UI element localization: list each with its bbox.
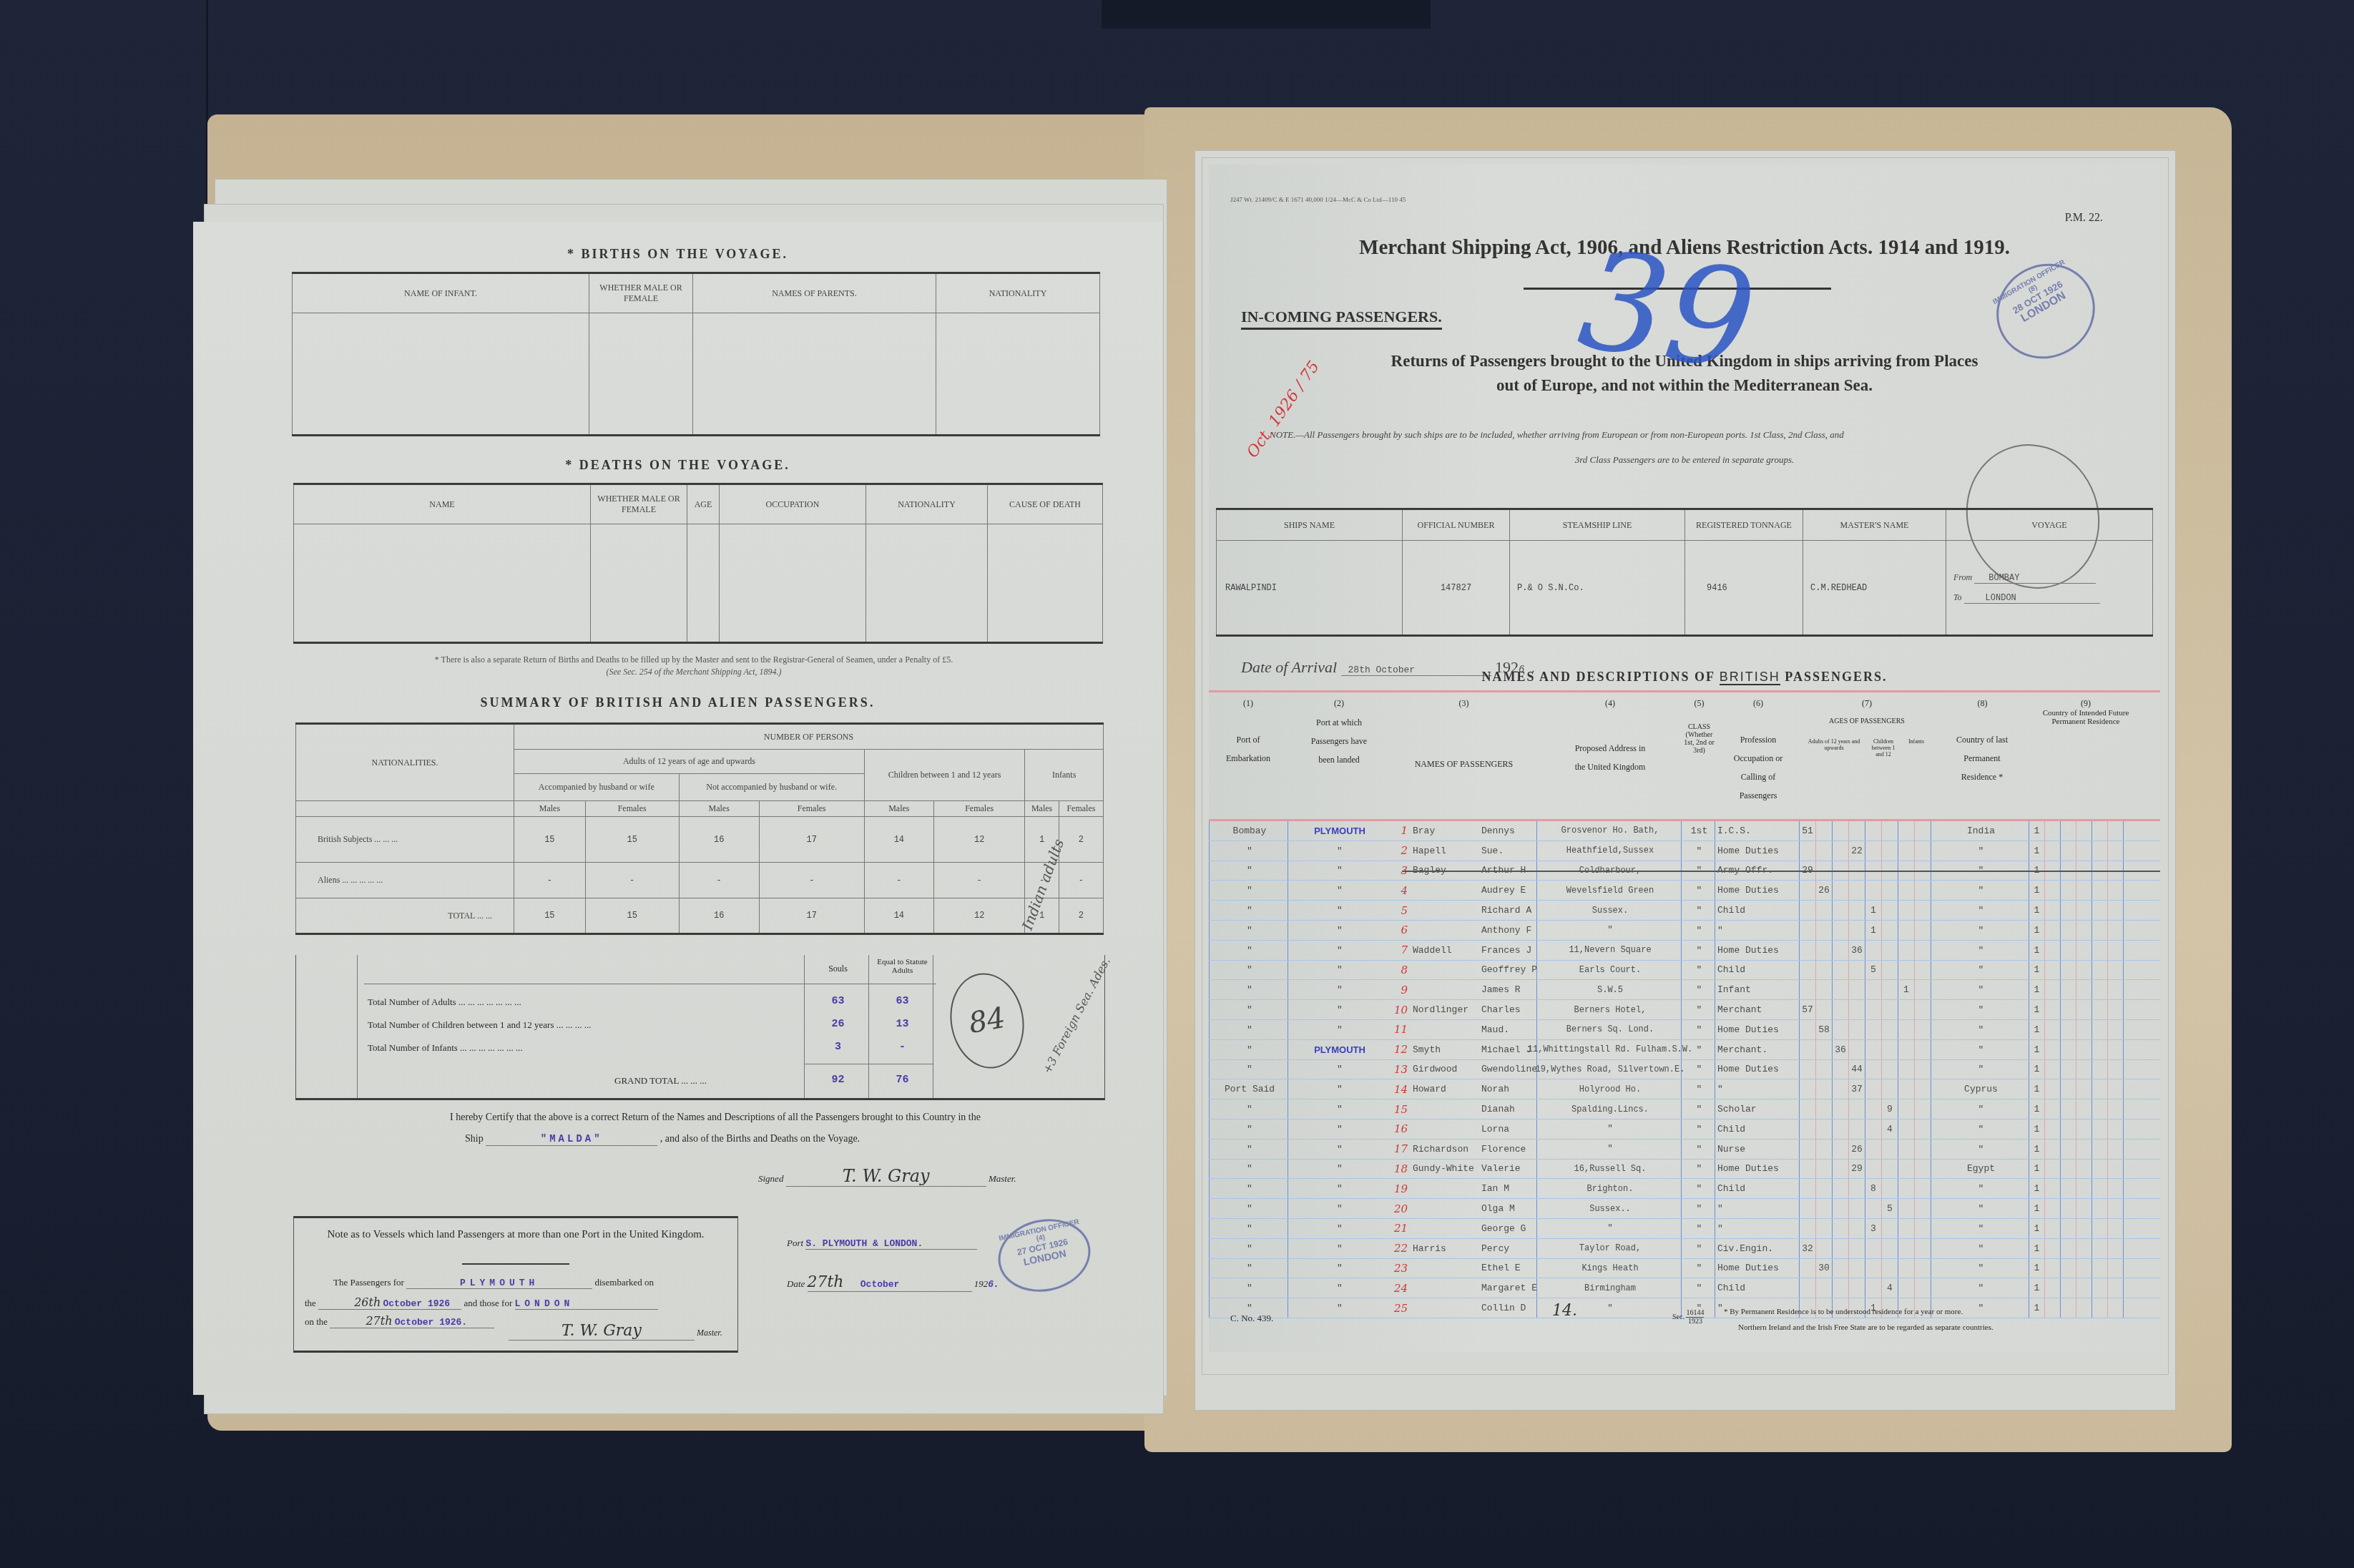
note-line-3: on the 27th October 1926. [305,1314,494,1328]
age-cell [1914,1140,1931,1159]
age-cell: 30 [1815,1259,1832,1278]
summary-sub-females: Females [585,801,679,817]
future-residence-cell [2060,1298,2076,1318]
births-col-nationality: NATIONALITY [936,273,1100,313]
landing-port: " [1288,1219,1389,1238]
future-residence-cell [2076,921,2091,940]
age-cell [1898,1278,1914,1298]
future-residence-cell [2076,821,2091,841]
age-cell: 36 [1832,1040,1848,1059]
given-name: Dennys [1479,821,1536,841]
future-residence-cell [2123,1239,2139,1258]
handwritten-footer-count: 14. [1552,1302,1577,1320]
passenger-row: ""19Ian MBrighton."Child8"1 [1209,1179,2160,1199]
future-residence-cell: 1 [2029,921,2044,940]
last-residence: " [1931,1239,2029,1258]
future-residence-cell [2060,1278,2076,1298]
deaths-cell [866,524,988,643]
totals-infants-statute: - [872,1041,933,1053]
births-cell [589,313,693,436]
occupation: " [1715,921,1799,940]
future-residence-cell: 1 [2029,1040,2044,1059]
future-residence-cell [2044,921,2060,940]
summary-sub-females: Females [933,801,1024,817]
left-page: * BIRTHS ON THE VOYAGE. NAME OF INFANT. … [193,222,1162,1395]
future-residence-cell [2044,1099,2060,1119]
embarkation-port: " [1209,1000,1288,1019]
age-cell [1865,1060,1881,1079]
future-residence-cell [2044,1040,2060,1059]
col4-header: (4)Proposed Address in the United Kingdo… [1539,698,1682,776]
age-cell [1832,961,1848,980]
age-cell [1914,1119,1931,1139]
note-line-1: The Passengers for PLYMOUTH disembarked … [333,1277,654,1289]
given-name: Charles [1479,1000,1536,1019]
summary-row-label: TOTAL ... ... [296,898,514,934]
proposed-address: Kings Heath [1536,1259,1681,1278]
proposed-address: " [1536,1140,1681,1159]
backdrop-clip [1102,0,1431,29]
date-year-suffix: 6. [988,1279,999,1290]
age-cell [1815,1060,1832,1079]
col1-header: (1)Port of Embarkation [1209,698,1288,768]
age-cell [1914,1020,1931,1039]
totals-children-label: Total Number of Children between 1 and 1… [368,1019,591,1031]
col7-subheaders: Adults of 12 years and upwards Children … [1801,738,1933,758]
passenger-row: ""5Richard ASussex."Child1"1 [1209,901,2160,921]
age-cell [1848,980,1865,999]
future-residence-cell [2123,1199,2139,1218]
landing-port: " [1288,961,1389,980]
future-residence-cell: 1 [2029,1259,2044,1278]
given-name: Gwendoline [1479,1060,1536,1079]
landing-port: " [1288,1259,1389,1278]
future-residence-cell [2107,1040,2123,1059]
age-cell: 32 [1799,1239,1815,1258]
landing-port: " [1288,1278,1389,1298]
future-residence-cell: 1 [2029,1140,2044,1159]
occupation: Home Duties [1715,841,1799,861]
totals-block: Souls Equal to Statute Adults Total Numb… [295,955,1105,1100]
passenger-row: ""3BagleyArthur HColdharbour,"Army Offr.… [1209,861,2160,881]
summary-value: - [759,863,864,898]
passenger-row: ""23Ethel EKings Heath"Home Duties30"1 [1209,1259,2160,1279]
proposed-address: Grosvenor Ho. Bath, [1536,821,1681,841]
landing-port: " [1288,921,1389,940]
age-cell [1832,821,1848,841]
embarkation-port: " [1209,961,1288,980]
proposed-address: Sussex.. [1536,1199,1681,1218]
future-residence-cell [2060,1040,2076,1059]
age-cell [1815,961,1832,980]
future-residence-cell: 1 [2029,841,2044,861]
occupation: Home Duties [1715,1160,1799,1179]
future-residence-cell: 1 [2029,881,2044,900]
row-number: 15 [1389,1099,1411,1119]
age-cell [1914,980,1931,999]
age-cell [1914,901,1931,920]
age-cell [1865,1239,1881,1258]
age-cell [1799,1219,1815,1238]
landing-port: " [1288,1199,1389,1218]
given-name: Sue. [1479,841,1536,861]
form-id: P.M. 22. [2065,212,2103,225]
age-cell [1898,901,1914,920]
voyage-to-value: LONDON [1964,593,2100,604]
age-cell [1815,1079,1832,1099]
occupation: Home Duties [1715,1259,1799,1278]
proposed-address: Earls Court. [1536,961,1681,980]
future-residence-cell [2107,1160,2123,1179]
passenger-row: ""11Maud.Berners Sq. Lond."Home Duties58… [1209,1020,2160,1040]
age-cell [1914,1179,1931,1198]
age-cell: 57 [1799,1000,1815,1019]
summary-value: 15 [514,817,586,863]
age-cell [1865,1079,1881,1099]
age-cell [1898,881,1914,900]
future-residence-cell [2060,1259,2076,1278]
age-cell [1898,1160,1914,1179]
col8-header: (8)Country of last Permanent Residence * [1934,698,2031,786]
age-cell [1815,1239,1832,1258]
passenger-row: ""6Anthony F"""1"1 [1209,921,2160,941]
future-residence-cell [2107,1298,2123,1318]
last-residence: " [1931,921,2029,940]
age-cell: 58 [1815,1020,1832,1039]
future-residence-cell [2060,1000,2076,1019]
col7-adults: Adults of 12 years and upwards [1801,738,1867,758]
age-cell [1881,821,1898,841]
future-residence-cell [2091,941,2107,960]
future-residence-cell [2091,1259,2107,1278]
summary-value: 2 [1059,898,1103,934]
future-residence-cell: 1 [2029,1020,2044,1039]
future-residence-cell [2123,1119,2139,1139]
col3-label: NAMES OF PASSENGERS [1391,759,1537,770]
age-cell [1898,1000,1914,1019]
passenger-class: " [1681,1140,1715,1159]
deaths-col-cause: CAUSE OF DEATH [988,484,1103,524]
age-cell [1832,1219,1848,1238]
statute-header: Equal to Statute Adults [872,958,933,975]
last-residence: " [1931,1060,2029,1079]
grand-total-souls: 92 [808,1074,868,1086]
embarkation-port: " [1209,1239,1288,1258]
future-residence-cell [2076,1060,2091,1079]
future-residence-cell [2044,881,2060,900]
future-residence-cell [2123,1140,2139,1159]
surname [1411,1298,1479,1318]
proposed-address: Holyrood Ho. [1536,1079,1681,1099]
last-residence: " [1931,1020,2029,1039]
embarkation-port: " [1209,901,1288,920]
note-month-2: October 1926. [395,1317,467,1328]
future-residence-cell [2060,1119,2076,1139]
summary-value: - [679,863,759,898]
age-cell [1815,821,1832,841]
age-cell [1832,1199,1848,1218]
proposed-address: S.W.5 [1536,980,1681,999]
passenger-row: ""4Audrey EWevelsfield Green"Home Duties… [1209,881,2160,901]
future-residence-cell [2044,841,2060,861]
future-residence-cell [2060,1239,2076,1258]
age-cell [1865,980,1881,999]
col7-label: AGES OF PASSENGERS [1801,717,1933,725]
sec-bottom: 1923 [1686,1318,1704,1326]
note-month-1: October 1926 [383,1298,450,1309]
col5-header: (5)CLASS (Whether 1st, 2nd or 3rd) [1683,698,1715,755]
given-name: Ethel E [1479,1259,1536,1278]
row-number: 20 [1389,1199,1411,1218]
given-name: James R [1479,980,1536,999]
age-cell: 5 [1865,961,1881,980]
births-cell [693,313,936,436]
col7-children: Children between 1 and 12 [1867,738,1900,758]
future-residence-cell [2044,1060,2060,1079]
col9-label: Country of Intended Future Permanent Res… [2032,709,2139,726]
age-cell: 22 [1848,841,1865,861]
age-cell [1881,1079,1898,1099]
note-box: Note as to Vessels which land Passengers… [293,1216,738,1353]
age-cell [1881,881,1898,900]
future-residence-cell [2044,1140,2060,1159]
master-name-value: C.M.REDHEAD [1803,541,1946,636]
age-cell [1914,1160,1931,1179]
row-number: 16 [1389,1119,1411,1139]
proposed-address: 16,Russell Sq. [1536,1160,1681,1179]
future-residence-cell [2091,1219,2107,1238]
future-residence-cell [2060,1140,2076,1159]
future-residence-cell [2091,1060,2107,1079]
proposed-address: Wevelsfield Green [1536,881,1681,900]
proposed-address: Berners Hotel, [1536,1000,1681,1019]
handwritten-note-foreign: +3 Foreign Sea. Ades. [1040,955,1113,1076]
age-cell [1865,841,1881,861]
handwritten-red-date: Oct. 1926 / 75 [1244,358,1323,461]
future-residence-cell [2076,1160,2091,1179]
future-residence-cell [2091,921,2107,940]
future-residence-cell [2091,821,2107,841]
age-cell [1815,1179,1832,1198]
last-residence: India [1931,821,2029,841]
passenger-list: BombayPLYMOUTH1BrayDennysGrosvenor Ho. B… [1209,821,2160,1318]
surname [1411,1199,1479,1218]
landing-port: " [1288,1239,1389,1258]
age-cell: 5 [1881,1199,1898,1218]
future-residence-cell [2091,1119,2107,1139]
summary-table: NATIONALITIES. NUMBER OF PERSONS Adults … [295,722,1104,935]
age-cell [1832,881,1848,900]
voyage-from-label: From [1953,572,1972,582]
future-residence-cell: 1 [2029,1119,2044,1139]
given-name: Margaret E [1479,1278,1536,1298]
future-residence-cell [2044,1160,2060,1179]
proposed-address: " [1536,1119,1681,1139]
future-residence-cell [2107,821,2123,841]
age-cell [1815,1199,1832,1218]
future-residence-cell [2107,1119,2123,1139]
future-residence-cell [2076,980,2091,999]
age-cell [1815,1099,1832,1119]
deaths-footnote: * There is also a separate Return of Bir… [265,655,1123,665]
future-residence-cell [2091,1239,2107,1258]
row-number: 25 [1389,1298,1411,1318]
landing-port: " [1288,1179,1389,1198]
future-residence-cell [2123,1219,2139,1238]
passenger-class: " [1681,980,1715,999]
age-cell [1799,901,1815,920]
deaths-col-nationality: NATIONALITY [866,484,988,524]
passenger-class: " [1681,1219,1715,1238]
future-residence-cell [2107,941,2123,960]
col1-label: Port of Embarkation [1220,730,1277,768]
age-cell [1881,961,1898,980]
summary-value: 16 [679,898,759,934]
surname [1411,1278,1479,1298]
col1-number: (1) [1209,698,1288,709]
summary-not-accompanied-header: Not accompanied by husband or wife. [679,774,864,801]
future-residence-cell [2044,1179,2060,1198]
age-cell: 8 [1865,1179,1881,1198]
occupation: Merchant. [1715,1040,1799,1059]
summary-sub-males: Males [1025,801,1059,817]
handwritten-circled-total: 84 [943,967,1031,1074]
passenger-class: " [1681,901,1715,920]
landing-port: " [1288,901,1389,920]
future-residence-cell [2123,1020,2139,1039]
certify-text: I hereby Certify that the above is a cor… [322,1112,1109,1124]
age-cell [1848,1000,1865,1019]
occupation: Merchant [1715,1000,1799,1019]
list-title: NAMES AND DESCRIPTIONS OF BRITISH PASSEN… [1209,670,2160,685]
occupation: Child [1715,1278,1799,1298]
age-cell [1898,841,1914,861]
age-cell [1914,1199,1931,1218]
sec-ref: Sec. 161441923 [1672,1309,1704,1326]
given-name: Florence [1479,1140,1536,1159]
note-line-1-prefix: The Passengers for [333,1277,404,1288]
age-cell [1832,841,1848,861]
summary-spacer [296,801,514,817]
passenger-class: " [1681,1000,1715,1019]
given-name: Ian M [1479,1179,1536,1198]
age-cell [1848,821,1865,841]
sec-label: Sec. [1672,1313,1684,1321]
passenger-row: ""8Geoffrey PEarls Court."Child5"1 [1209,961,2160,981]
age-cell [1799,1119,1815,1139]
age-cell [1815,1278,1832,1298]
future-residence-cell [2076,881,2091,900]
col7-header: (7) AGES OF PASSENGERS Adults of 12 year… [1801,698,1933,758]
future-residence-cell [2107,1239,2123,1258]
list-title-nationality: BRITISH [1720,670,1780,685]
given-name: Maud. [1479,1020,1536,1039]
embarkation-port: " [1209,1160,1288,1179]
future-residence-cell: 1 [2029,1060,2044,1079]
proposed-address: Sussex. [1536,901,1681,920]
embarkation-port: Port Said [1209,1079,1288,1099]
form-number: C. No. 439. [1230,1313,1273,1324]
given-name: Lorna [1479,1119,1536,1139]
ship-col-tonnage: REGISTERED TONNAGE [1685,509,1803,541]
age-cell [1848,1179,1865,1198]
landing-port: PLYMOUTH [1288,1040,1389,1059]
proposed-address: 11,Nevern Square [1536,941,1681,960]
age-cell [1815,941,1832,960]
row-number: 5 [1389,901,1411,920]
future-residence-cell [2060,1060,2076,1079]
col6-label: Profession Occupation or Calling of Pass… [1722,730,1794,805]
age-cell [1865,1099,1881,1119]
future-residence-cell [2076,1000,2091,1019]
embarkation-port: " [1209,861,1288,881]
future-residence-cell [2044,1298,2060,1318]
date-year-prefix: 192 [974,1278,989,1289]
future-residence-cell: 1 [2029,1199,2044,1218]
age-cell [1799,941,1815,960]
future-residence-cell [2091,961,2107,980]
summary-value: 12 [933,817,1024,863]
future-residence-cell [2076,1298,2091,1318]
age-cell [1799,1140,1815,1159]
age-cell [1832,1119,1848,1139]
age-cell [1815,1000,1832,1019]
embarkation-port: " [1209,1140,1288,1159]
future-residence-cell: 1 [2029,1179,2044,1198]
deaths-cell [687,524,720,643]
future-residence-cell [2060,841,2076,861]
col7-number: (7) [1801,698,1933,709]
future-residence-cell [2044,1020,2060,1039]
future-residence-cell [2060,1020,2076,1039]
last-residence: " [1931,901,2029,920]
future-residence-cell [2076,1278,2091,1298]
future-residence-cell [2076,1020,2091,1039]
landing-port: " [1288,841,1389,861]
age-cell [1881,1179,1898,1198]
age-cell [1898,1239,1914,1258]
voyage-from-value: BOMBAY [1974,573,2096,584]
right-page: J247 Wt. 21409/C & E 1671 40,000 1/24—Mc… [1209,165,2160,1352]
passenger-row: ""13GirdwoodGwendoline19,Wythes Road, Si… [1209,1060,2160,1080]
row-number: 13 [1389,1060,1411,1079]
future-residence-cell [2091,1160,2107,1179]
row-number: 19 [1389,1179,1411,1198]
ship-col-name: SHIPS NAME [1217,509,1403,541]
age-cell [1881,1060,1898,1079]
age-cell: 26 [1848,1140,1865,1159]
landing-port: " [1288,980,1389,999]
note-line-2-mid: and those for [464,1298,512,1308]
occupation: Civ.Engin. [1715,1239,1799,1258]
future-residence-cell [2107,1140,2123,1159]
col8-number: (8) [1934,698,2031,709]
note-line-2-prefix: the [305,1298,316,1308]
passenger-class: " [1681,841,1715,861]
age-cell [1865,1119,1881,1139]
col3-header: (3)NAMES OF PASSENGERS [1391,698,1537,770]
sec-top: 16144 [1686,1309,1704,1318]
future-residence-cell [2044,1219,2060,1238]
ship-table: SHIPS NAME OFFICIAL NUMBER STEAMSHIP LIN… [1216,508,2153,637]
future-residence-cell [2060,1079,2076,1099]
tonnage-value: 9416 [1685,541,1803,636]
future-residence-cell [2044,980,2060,999]
ship-col-line: STEAMSHIP LINE [1510,509,1685,541]
age-cell [1914,1278,1931,1298]
landing-port: " [1288,1099,1389,1119]
last-residence: " [1931,1140,2029,1159]
